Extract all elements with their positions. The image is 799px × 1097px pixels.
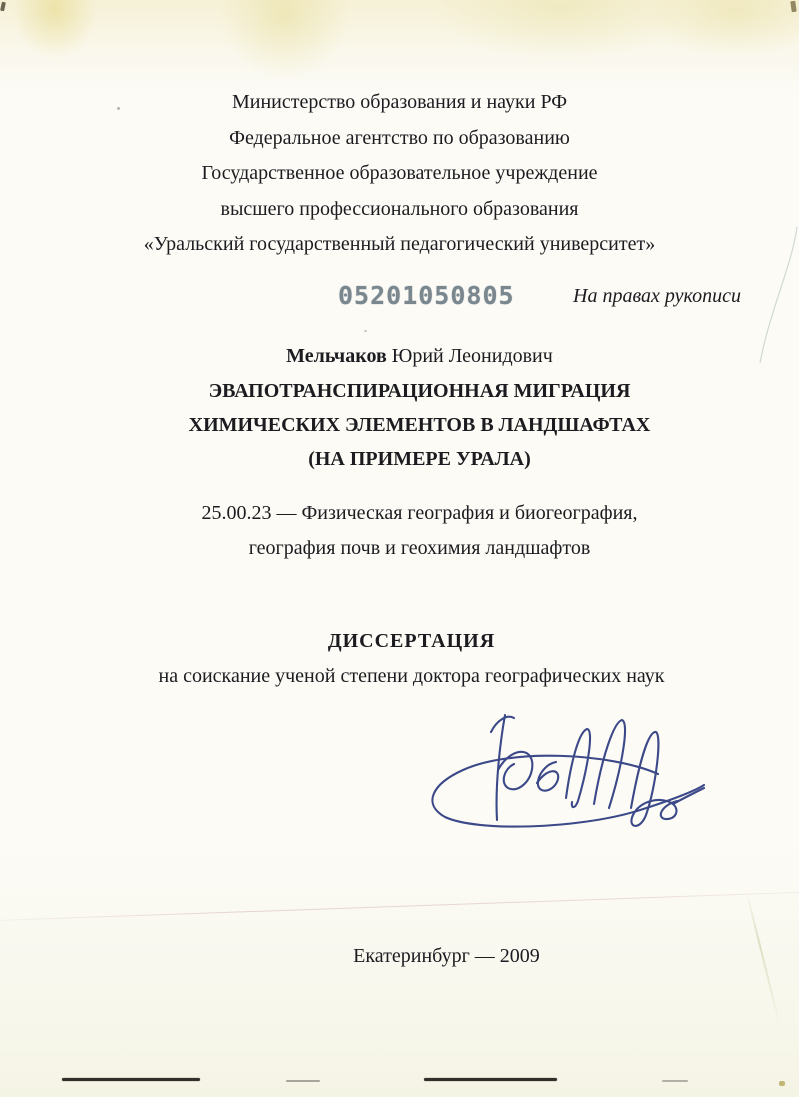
header-line-ministry: Министерство образования и науки РФ	[0, 90, 799, 114]
header-line-university: «Уральский государственный педагогически…	[0, 232, 799, 256]
registration-stamp-number: 05201050805	[338, 281, 515, 310]
header-line-agency: Федеральное агентство по образованию	[0, 126, 799, 150]
scanned-dissertation-title-page: Министерство образования и науки РФ Феде…	[0, 0, 799, 1097]
specialty-line-2: география почв и геохимия ландшафтов	[20, 536, 799, 560]
scan-speck-top-left	[0, 2, 6, 12]
city-year-line: Екатеринбург — 2009	[47, 944, 799, 968]
scan-speck	[364, 330, 367, 332]
scan-speck-bottom-right	[779, 1081, 785, 1086]
scan-edge-shadow-segment	[424, 1078, 557, 1081]
author-name: Мельчаков Юрий Леонидович	[20, 344, 799, 368]
header-line-education: высшего профессионального образования	[0, 197, 799, 221]
author-surname: Мельчаков	[286, 345, 387, 367]
scan-yellow-wash-top	[0, 0, 799, 95]
title-line-2: ХИМИЧЕСКИХ ЭЛЕМЕНТОВ В ЛАНДШАФТАХ	[20, 413, 799, 437]
scan-speck	[117, 107, 120, 110]
scan-edge-shadow-segment	[62, 1078, 200, 1081]
scan-edge-shadow-segment	[662, 1080, 688, 1082]
paper-crease-line	[0, 892, 799, 921]
author-given-names: Юрий Леонидович	[392, 345, 553, 367]
title-line-3: (НА ПРИМЕРЕ УРАЛА)	[20, 447, 799, 471]
scan-speck-top-right	[790, 1, 796, 13]
manuscript-rights-note: На правах рукописи	[573, 285, 741, 308]
specialty-line-1: 25.00.23 — Физическая география и биогео…	[20, 501, 799, 525]
title-line-1: ЭВАПОТРАНСПИРАЦИОННАЯ МИГРАЦИЯ	[20, 379, 799, 403]
handwritten-signature-icon	[415, 698, 705, 848]
degree-line: на соискание ученой степени доктора геог…	[12, 664, 799, 688]
scan-tint-bottom	[0, 840, 799, 1097]
header-line-institution: Государственное образовательное учрежден…	[0, 161, 799, 185]
scan-edge-shadow-segment	[286, 1080, 320, 1082]
work-type-heading: ДИССЕРТАЦИЯ	[12, 629, 799, 653]
